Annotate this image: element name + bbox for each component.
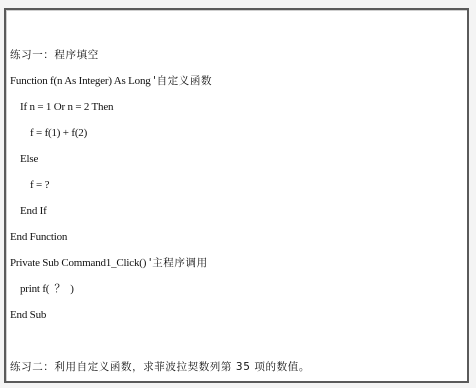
- code-text: Private Sub Command1_Click(): [10, 257, 149, 269]
- code-text: Function f(n As Integer) As Long: [10, 75, 153, 87]
- code-line-private-sub: Private Sub Command1_Click() '主程序调用: [10, 256, 208, 270]
- code-line-blank-assign: f = ?: [30, 178, 49, 192]
- code-line-else: Else: [20, 152, 38, 166]
- code-line-end-function: End Function: [10, 230, 67, 244]
- code-line-end-if: End If: [20, 204, 47, 218]
- code-line-print: print f( ？ ): [20, 282, 74, 296]
- code-line-if: If n = 1 Or n = 2 Then: [20, 100, 113, 114]
- code-line-end-sub: End Sub: [10, 308, 46, 322]
- code-line-assign: f = f(1) + f(2): [30, 126, 87, 140]
- code-line-function: Function f(n As Integer) As Long '自定义函数: [10, 74, 212, 88]
- document-frame: 练习一：程序填空 Function f(n As Integer) As Lon…: [4, 8, 469, 383]
- exercise1-title: 练习一：程序填空: [10, 48, 99, 62]
- exercise2-text: 练习二：利用自定义函数，求菲波拉契数列第 35 项的数值。: [10, 360, 310, 374]
- code-comment: '主程序调用: [149, 257, 208, 269]
- code-comment: '自定义函数: [153, 75, 212, 87]
